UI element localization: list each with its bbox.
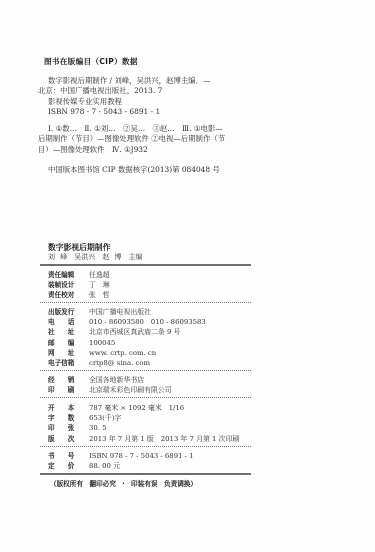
spec-value: 787 毫米 × 1092 毫米 1/16 — [89, 403, 184, 413]
editorial-credits: 责任编辑 任逸超 装帧设计 丁 琳 责任校对 张 哲 — [48, 270, 110, 301]
cip-class-line: 后期制作（节目）—图像处理软件 ②电视—后期制作（节 — [38, 134, 250, 144]
credit-value: 任逸超 — [89, 270, 110, 280]
cip-class-line: 目）—图像处理软件 Ⅳ. ①J932 — [38, 145, 250, 155]
spec-row: 字 数 653(千)字 — [48, 413, 239, 423]
cip-record-line: 影视传媒专业实用教程 — [38, 97, 250, 107]
publisher-value: 北京市西城区真武庙二条 9 号 — [89, 327, 180, 337]
credit-label: 责任编辑 — [48, 270, 84, 280]
credit-row: 装帧设计 丁 琳 — [48, 280, 110, 290]
distribution-label: 经 销 — [48, 375, 84, 385]
divider-dotted — [40, 446, 251, 447]
national-library-cip-number: 中国版本图书馆 CIP 数据核字(2013)第 084048 号 — [48, 164, 220, 175]
publisher-label: 出版发行 — [48, 307, 84, 317]
cip-record-line: 北京：中国广播电视出版社，2013. 7 — [38, 86, 250, 96]
publisher-value: www. crtp. com. cn — [89, 348, 156, 358]
credit-label: 装帧设计 — [48, 280, 84, 290]
publisher-value: 010 - 86093580 010 - 86093583 — [89, 317, 206, 327]
spec-value: 2013 年 7 月第 1 版 2013 年 7 月第 1 次印刷 — [89, 434, 239, 444]
credit-value: 丁 琳 — [89, 280, 110, 290]
publisher-value: 100045 — [89, 338, 115, 348]
credit-label: 责任校对 — [48, 290, 84, 300]
publisher-value: 中国广播电视出版社 — [89, 307, 151, 317]
publisher-row: 出版发行 中国广播电视出版社 — [48, 307, 206, 317]
credit-row: 责任校对 张 哲 — [48, 290, 110, 300]
spec-value: 30. 5 — [89, 423, 107, 433]
publisher-label: 社 址 — [48, 327, 84, 337]
publisher-value: crtp8@ sina. com — [89, 358, 150, 368]
divider-dotted — [40, 302, 251, 303]
identifier-value: 88. 00 元 — [89, 461, 120, 471]
identifier-row: 定 价 88. 00 元 — [48, 461, 194, 471]
spec-row: 开 本 787 毫米 × 1092 毫米 1/16 — [48, 403, 239, 413]
spec-row: 版 次 2013 年 7 月第 1 版 2013 年 7 月第 1 次印刷 — [48, 434, 239, 444]
distribution-info: 经 销 全国各地新华书店 印 刷 北京瑞禾彩色印刷有限公司 — [48, 375, 172, 395]
identifier-label: 定 价 — [48, 461, 84, 471]
publisher-label: 网 址 — [48, 348, 84, 358]
cip-heading: 图书在版编目（CIP）数据 — [44, 56, 138, 67]
book-authors: 刘 峰 吴洪兴 赵 博 主编 — [48, 252, 142, 262]
divider-dotted — [40, 397, 251, 398]
spec-value: 653(千)字 — [89, 413, 121, 423]
publisher-label: 电子信箱 — [48, 358, 84, 368]
identifier-value: ISBN 978 - 7 - 5043 - 6891 - 1 — [89, 451, 194, 461]
distribution-row: 经 销 全国各地新华书店 — [48, 375, 172, 385]
identifiers: 书 号 ISBN 978 - 7 - 5043 - 6891 - 1 定 价 8… — [48, 451, 194, 471]
publisher-label: 邮 编 — [48, 338, 84, 348]
publisher-row: 电 话 010 - 86093580 010 - 86093583 — [48, 317, 206, 327]
cip-record-line: 数字影视后期制作 / 刘峰，吴洪兴，赵博主编．— — [38, 76, 250, 86]
publisher-info: 出版发行 中国广播电视出版社 电 话 010 - 86093580 010 - … — [48, 307, 206, 368]
cip-class-line: Ⅰ. ①数… Ⅱ. ①刘… ②吴… ③赵… Ⅲ. ①电影— — [38, 124, 250, 134]
cip-record-line: ISBN 978 - 7 - 5043 - 6891 - 1 — [38, 107, 250, 117]
identifier-label: 书 号 — [48, 451, 84, 461]
distribution-value: 全国各地新华书店 — [89, 375, 144, 385]
divider-dotted — [40, 370, 251, 371]
publisher-row: 社 址 北京市西城区真武庙二条 9 号 — [48, 327, 206, 337]
credit-value: 张 哲 — [89, 290, 110, 300]
publisher-row: 邮 编 100045 — [48, 338, 206, 348]
distribution-value: 北京瑞禾彩色印刷有限公司 — [89, 385, 172, 395]
distribution-label: 印 刷 — [48, 385, 84, 395]
cip-record: 数字影视后期制作 / 刘峰，吴洪兴，赵博主编．— 北京：中国广播电视出版社，20… — [38, 76, 250, 118]
publisher-row: 电子信箱 crtp8@ sina. com — [48, 358, 206, 368]
cip-classification: Ⅰ. ①数… Ⅱ. ①刘… ②吴… ③赵… Ⅲ. ①电影— 后期制作（节目）—图… — [38, 124, 250, 155]
publisher-label: 电 话 — [48, 317, 84, 327]
identifier-row: 书 号 ISBN 978 - 7 - 5043 - 6891 - 1 — [48, 451, 194, 461]
spec-label: 印 张 — [48, 423, 84, 433]
distribution-row: 印 刷 北京瑞禾彩色印刷有限公司 — [48, 385, 172, 395]
spec-label: 版 次 — [48, 434, 84, 444]
credit-row: 责任编辑 任逸超 — [48, 270, 110, 280]
divider-solid — [40, 264, 251, 266]
print-specs: 开 本 787 毫米 × 1092 毫米 1/16 字 数 653(千)字 印 … — [48, 403, 239, 444]
publisher-row: 网 址 www. crtp. com. cn — [48, 348, 206, 358]
spec-row: 印 张 30. 5 — [48, 423, 239, 433]
copyright-page: 图书在版编目（CIP）数据 数字影视后期制作 / 刘峰，吴洪兴，赵博主编．— 北… — [0, 0, 375, 552]
spec-label: 开 本 — [48, 403, 84, 413]
copyright-notice: （版权所有 翻印必究 · 印装有误 负责调换） — [50, 478, 197, 488]
divider-solid — [40, 473, 251, 475]
spec-label: 字 数 — [48, 413, 84, 423]
